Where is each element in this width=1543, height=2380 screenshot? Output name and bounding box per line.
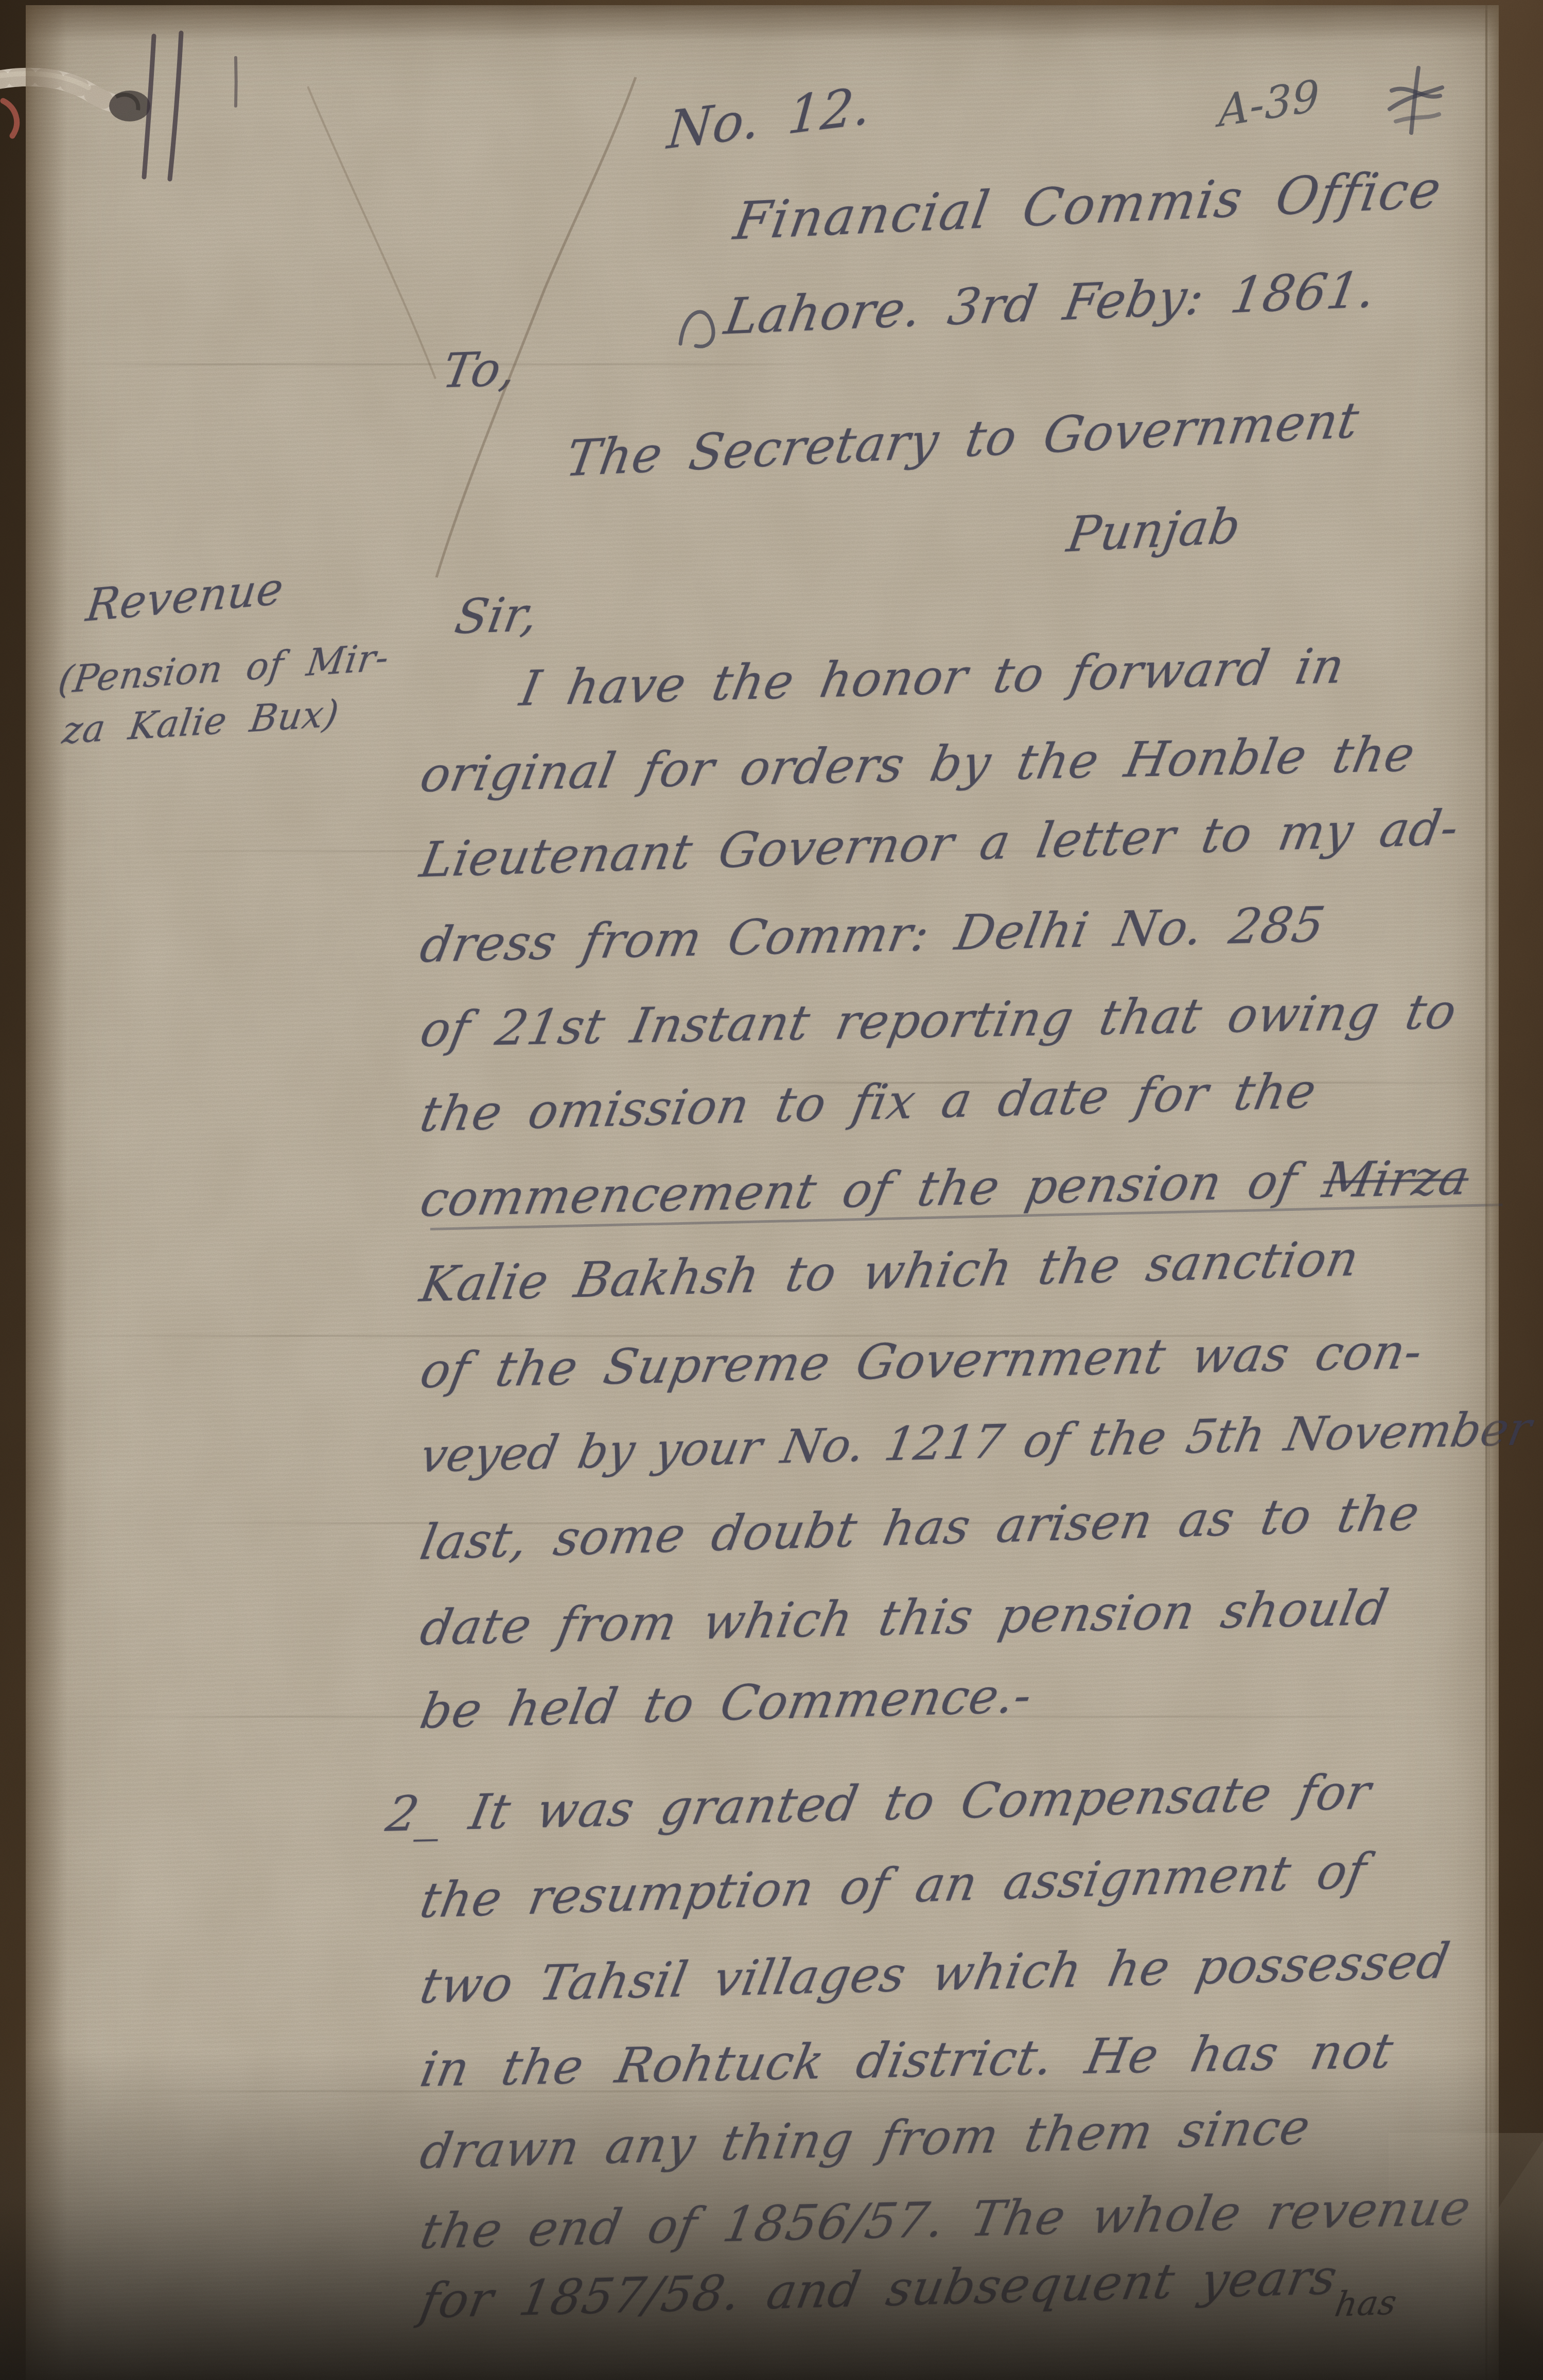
to-label: To, bbox=[439, 341, 521, 399]
struck-word: Mirza bbox=[1319, 1150, 1475, 1209]
document-scan: No. 12. A-39 Financial Commis Office Lah… bbox=[0, 0, 1543, 2380]
left-edge-shadow bbox=[26, 5, 67, 2380]
right-edge-crease bbox=[1485, 5, 1487, 2380]
salutation: Sir, bbox=[451, 587, 542, 645]
top-edge-shadow bbox=[26, 5, 1499, 41]
red-thread-icon bbox=[3, 101, 17, 136]
addressee-region: Punjab bbox=[1063, 498, 1245, 563]
bottom-shadow bbox=[0, 2051, 1543, 2380]
bottom-right-sheen bbox=[1389, 2133, 1543, 2380]
